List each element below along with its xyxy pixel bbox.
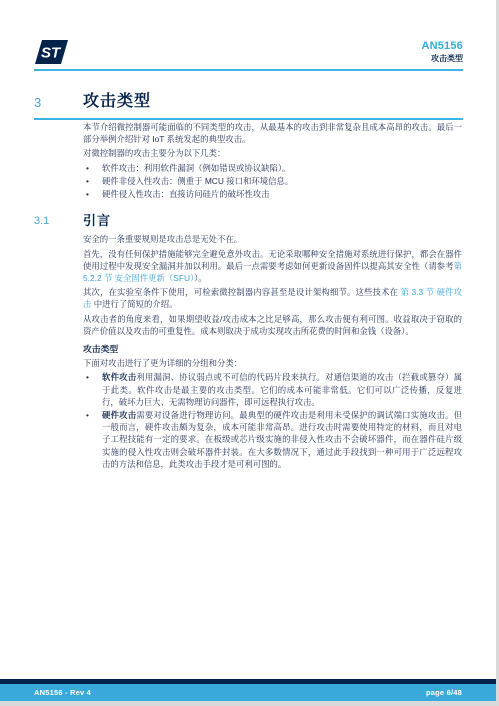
paragraph: 首先，没有任何保护措施能够完全避免意外攻击。无论采取哪种安全措施对系统进行保护，… [83,248,462,285]
svg-text:ST: ST [41,45,62,62]
paragraph: 从攻击者的角度来看，如果期望收益/攻击成本之比足够高，那么攻击便有利可图。收益取… [83,313,462,337]
bullet-icon: • [86,409,89,421]
doc-subtitle: 攻击类型 [421,54,463,63]
paragraph: 本节介绍微控制器可能面临的不同类型的攻击，从最基本的攻击到非常复杂且成本高昂的攻… [83,121,462,145]
bullet-icon: • [86,188,89,200]
paragraph-text: ）。 [194,273,207,283]
bullet-icon: • [86,175,89,187]
list-item: • 软件攻击利用漏洞、协议弱点或不可信的代码片段来执行。对通信渠道的攻击（拦截或… [83,371,462,408]
paragraph-text: 中进行了简短的介绍。 [91,299,177,309]
document-page: ST AN5156 攻击类型 3 攻击类型 本节介绍微控制器可能面临的不同类型的… [0,0,496,701]
list-item-text: 需要对设备进行物理访问。最典型的硬件攻击是利用未受保护的调试端口实施攻击。但一般… [102,410,462,469]
page-footer: AN5156 - Rev 4 page 6/48 [0,679,496,701]
list-item: • 硬件非侵入性攻击：侧重于 MCU 接口和环境信息。 [83,175,462,187]
paragraph: 下面对攻击进行了更为详细的分组和分类： [83,357,462,369]
list-item-text: 硬件非侵入性攻击：侧重于 MCU 接口和环境信息。 [102,176,293,186]
document-body: 本节介绍微控制器可能面临的不同类型的攻击，从最基本的攻击到非常复杂且成本高昂的攻… [83,121,462,472]
bullet-icon: • [86,371,89,383]
list-item: • 硬件攻击需要对设备进行物理访问。最典型的硬件攻击是利用未受保护的调试端口实施… [83,409,462,470]
page-header: ST AN5156 攻击类型 [34,40,463,70]
list-item-lead: 软件攻击 [102,372,136,382]
paragraph: 安全的一条重要规则是攻击总是无处不在。 [83,233,462,245]
footer-doc-rev: AN5156 - Rev 4 [34,688,91,697]
section-title: 攻击类型 [83,88,151,111]
list-item-lead: 硬件攻击 [102,410,136,420]
list-item-text: 硬件侵入性攻击：直接访问硅片的破坏性攻击 [102,189,270,199]
list-item-text: 利用漏洞、协议弱点或不可信的代码片段来执行。对通信渠道的攻击（拦截或篡夺）属于此… [102,372,462,406]
list-item: • 软件攻击：利用软件漏洞（例如错误或协议缺陷）。 [83,162,462,174]
doc-number: AN5156 [421,40,463,53]
list-item: • 硬件侵入性攻击：直接访问硅片的破坏性攻击 [83,188,462,200]
list-item-text: 软件攻击：利用软件漏洞（例如错误或协议缺陷）。 [102,163,290,173]
bullet-icon: • [86,162,89,174]
section-number: 3 [34,95,83,111]
section-title: 引言 [83,215,111,227]
st-logo-icon: ST [35,40,68,69]
paragraph: 对微控制器的攻击主要分为以下几类： [83,147,462,159]
paragraph-text: 其次，在实验室条件下使用，可检索微控制器内容甚至是设计架构细节。这些技术在 [83,287,401,297]
subheading-attack-types: 攻击类型 [83,343,462,355]
header-divider [34,69,463,71]
section-3-heading: 3 攻击类型 [34,88,463,120]
paragraph: 其次，在实验室条件下使用，可检索微控制器内容甚至是设计架构细节。这些技术在 第 … [83,286,462,310]
section-number: 3.1 [34,215,83,227]
footer-blue-bar: AN5156 - Rev 4 page 6/48 [0,684,496,701]
attack-category-list: • 软件攻击：利用软件漏洞（例如错误或协议缺陷）。 • 硬件非侵入性攻击：侧重于… [83,162,462,201]
attack-detail-list: • 软件攻击利用漏洞、协议弱点或不可信的代码片段来执行。对通信渠道的攻击（拦截或… [83,371,462,470]
footer-page-number: page 6/48 [426,688,462,697]
paragraph-text: 首先，没有任何保护措施能够完全避免意外攻击。无论采取哪种安全措施对系统进行保护，… [83,249,462,271]
header-doc-info: AN5156 攻击类型 [421,40,463,63]
section-3-1-heading: 3.1 引言 [34,215,462,227]
